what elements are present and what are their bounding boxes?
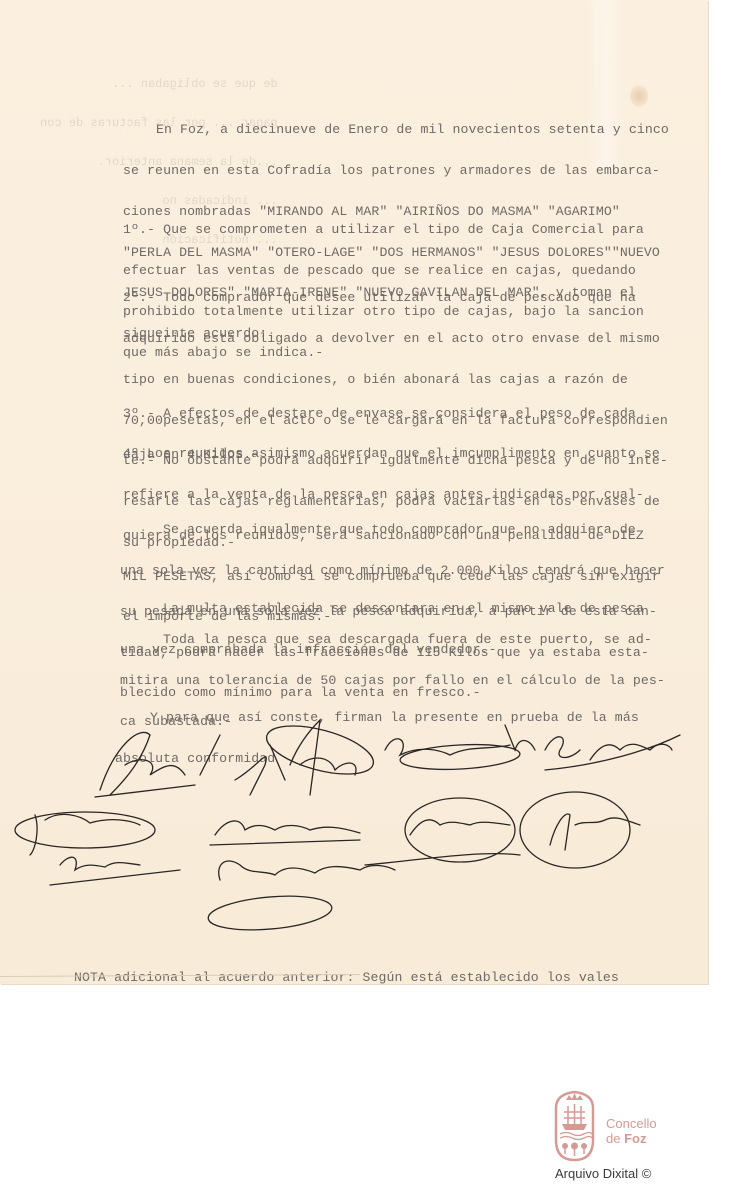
signatures-block — [0, 705, 708, 935]
signature-8 — [520, 792, 640, 868]
signature-4 — [545, 735, 680, 770]
signature-7 — [365, 798, 520, 865]
signature-ricardo-lage — [210, 821, 360, 845]
concello-de-foz-logo-text: Concello de Foz — [606, 1116, 657, 1146]
archive-copyright-label: Arquivo Dixital © — [555, 1166, 651, 1181]
signature-5 — [15, 812, 155, 855]
signature-3 — [385, 725, 535, 772]
additional-note: NOTA adicional al acuerdo anterior: Segú… — [74, 944, 619, 1012]
signature-ramon-lestegas — [207, 861, 395, 934]
signature-jose-lestegas — [50, 857, 180, 885]
concello-de-foz-crest-icon — [552, 1088, 597, 1163]
signature-2 — [235, 716, 378, 795]
scanned-document-page: de que se obligaban ... pagar ... por la… — [0, 0, 708, 984]
signature-1 — [95, 732, 220, 797]
